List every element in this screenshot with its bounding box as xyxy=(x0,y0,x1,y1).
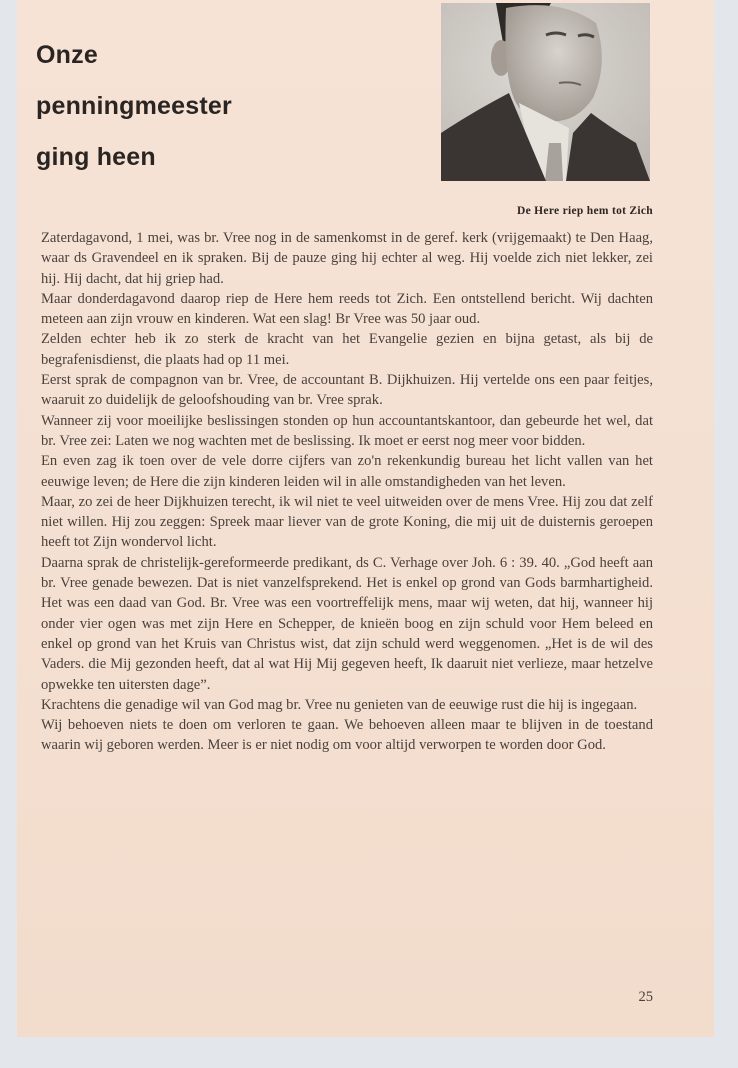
paragraph: Zaterdagavond, 1 mei, was br. Vree nog i… xyxy=(41,228,653,289)
photo-caption: De Here riep hem tot Zich xyxy=(441,205,653,217)
paragraph: Maar donderdagavond daarop riep de Here … xyxy=(41,289,653,330)
title-line: penningmeester xyxy=(36,81,232,132)
paragraph: Maar, zo zei de heer Dijkhuizen terecht,… xyxy=(41,492,653,553)
article-body: Zaterdagavond, 1 mei, was br. Vree nog i… xyxy=(41,228,653,756)
title-line: Onze xyxy=(36,30,232,81)
portrait-image xyxy=(441,3,650,181)
portrait-photo xyxy=(441,3,650,181)
paragraph: Wij behoeven niets te doen om verloren t… xyxy=(41,715,653,756)
paragraph: Zelden echter heb ik zo sterk de kracht … xyxy=(41,329,653,370)
title-line: ging heen xyxy=(36,132,232,183)
paragraph: Daarna sprak de christelijk-gereformeerd… xyxy=(41,553,653,695)
page: Onze penningmeester ging heen xyxy=(17,0,714,1037)
paragraph: Wanneer zij voor moeilijke beslissingen … xyxy=(41,411,653,452)
article-title: Onze penningmeester ging heen xyxy=(36,30,232,183)
paragraph: Eerst sprak de compagnon van br. Vree, d… xyxy=(41,370,653,411)
paragraph: Krachtens die genadige wil van God mag b… xyxy=(41,695,653,715)
page-number: 25 xyxy=(617,989,653,1006)
paragraph: En even zag ik toen over de vele dorre c… xyxy=(41,451,653,492)
